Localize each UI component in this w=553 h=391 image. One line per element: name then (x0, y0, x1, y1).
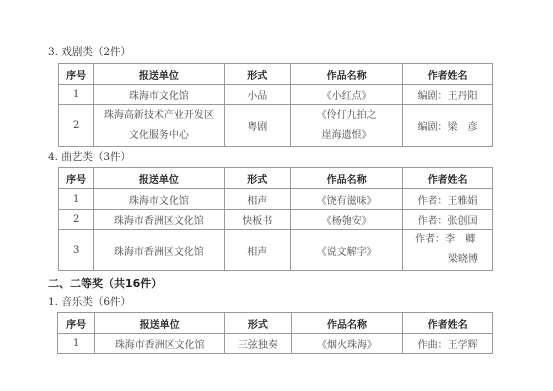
cell-unit: 珠海市香洲区文化馆 (94, 230, 224, 271)
cell-author: 作曲：王学辉 (403, 334, 493, 354)
cell-unit: 珠海市文化馆 (94, 85, 224, 105)
header-no: 序号 (59, 168, 94, 189)
section-heading-music: 1. 音乐类（6件） (48, 294, 131, 309)
header-title: 作品名称 (291, 168, 403, 189)
cell-unit-line: 文化服务中心 (94, 126, 223, 146)
section-heading-quyi: 4. 曲艺类（3件） (48, 149, 131, 164)
cell-no: 1 (59, 85, 94, 105)
cell-title: 《小红点》 (291, 85, 403, 105)
cell-author: 作者：张创国 (403, 210, 493, 230)
cell-form: 相声 (224, 189, 291, 210)
cell-author: 作者：王雅娟 (403, 189, 493, 210)
cell-unit: 珠海市香洲区文化馆 (94, 210, 224, 230)
header-no: 序号 (58, 313, 95, 334)
cell-form: 粤剧 (224, 105, 291, 147)
header-form: 形式 (224, 168, 291, 189)
table-header-row: 序号 报送单位 形式 作品名称 作者姓名 (58, 313, 493, 334)
header-unit: 报送单位 (94, 64, 224, 85)
header-form: 形式 (225, 313, 291, 334)
cell-title: 《杨匏安》 (291, 210, 403, 230)
cell-author: 作者：李 卿 梁晓博 (403, 230, 493, 271)
table-row: 2 珠海高新技术产业开发区 文化服务中心 粤剧 《伶仃九拍之 崖海遗恨》 编剧：… (59, 105, 493, 147)
cell-author: 编剧：梁 彦 (403, 105, 493, 147)
header-author: 作者姓名 (403, 313, 493, 334)
cell-unit: 珠海市文化馆 (94, 189, 224, 210)
table-row: 1 珠海市香洲区文化馆 三弦独奏 《烟火珠海》 作曲：王学辉 (58, 334, 493, 354)
cell-form: 三弦独奏 (225, 334, 291, 354)
table-row: 1 珠海市文化馆 相声 《饶有滋味》 作者：王雅娟 (59, 189, 493, 210)
award-heading-second-prize: 二、二等奖（共16件） (48, 275, 162, 291)
cell-title-line: 《伶仃九拍之 (291, 106, 402, 126)
cell-no: 1 (58, 334, 95, 354)
cell-no: 2 (59, 105, 94, 147)
header-title: 作品名称 (291, 313, 403, 334)
header-author: 作者姓名 (403, 64, 493, 85)
table-row: 1 珠海市文化馆 小品 《小红点》 编剧：王丹阳 (59, 85, 493, 105)
cell-unit-line: 珠海高新技术产业开发区 (94, 106, 223, 126)
header-unit: 报送单位 (95, 313, 225, 334)
cell-no: 2 (59, 210, 94, 230)
table-header-row: 序号 报送单位 形式 作品名称 作者姓名 (59, 168, 493, 189)
cell-title: 《说文解字》 (291, 230, 403, 271)
cell-title-line: 崖海遗恨》 (291, 126, 402, 146)
table-row: 3 珠海市香洲区文化馆 相声 《说文解字》 作者：李 卿 梁晓博 (59, 230, 493, 271)
cell-title: 《饶有滋味》 (291, 189, 403, 210)
cell-title: 《伶仃九拍之 崖海遗恨》 (291, 105, 403, 147)
quyi-table: 序号 报送单位 形式 作品名称 作者姓名 1 珠海市文化馆 相声 《饶有滋味》 … (58, 167, 493, 271)
header-unit: 报送单位 (94, 168, 224, 189)
table-header-row: 序号 报送单位 形式 作品名称 作者姓名 (59, 64, 493, 85)
header-form: 形式 (224, 64, 291, 85)
cell-author: 编剧：王丹阳 (403, 85, 493, 105)
cell-form: 快板书 (224, 210, 291, 230)
cell-title: 《烟火珠海》 (291, 334, 403, 354)
cell-unit: 珠海高新技术产业开发区 文化服务中心 (94, 105, 224, 147)
table-row: 2 珠海市香洲区文化馆 快板书 《杨匏安》 作者：张创国 (59, 210, 493, 230)
header-author: 作者姓名 (403, 168, 493, 189)
cell-unit: 珠海市香洲区文化馆 (95, 334, 225, 354)
header-title: 作品名称 (291, 64, 403, 85)
music-table: 序号 报送单位 形式 作品名称 作者姓名 1 珠海市香洲区文化馆 三弦独奏 《烟… (57, 312, 493, 354)
cell-form: 小品 (224, 85, 291, 105)
cell-author-line: 梁晓博 (403, 250, 492, 270)
cell-no: 1 (59, 189, 94, 210)
section-heading-drama: 3. 戏剧类（2件） (48, 44, 131, 59)
cell-form: 相声 (224, 230, 291, 271)
cell-author-line: 作者：李 卿 (403, 230, 492, 250)
drama-table: 序号 报送单位 形式 作品名称 作者姓名 1 珠海市文化馆 小品 《小红点》 编… (58, 63, 493, 147)
header-no: 序号 (59, 64, 94, 85)
cell-no: 3 (59, 230, 94, 271)
